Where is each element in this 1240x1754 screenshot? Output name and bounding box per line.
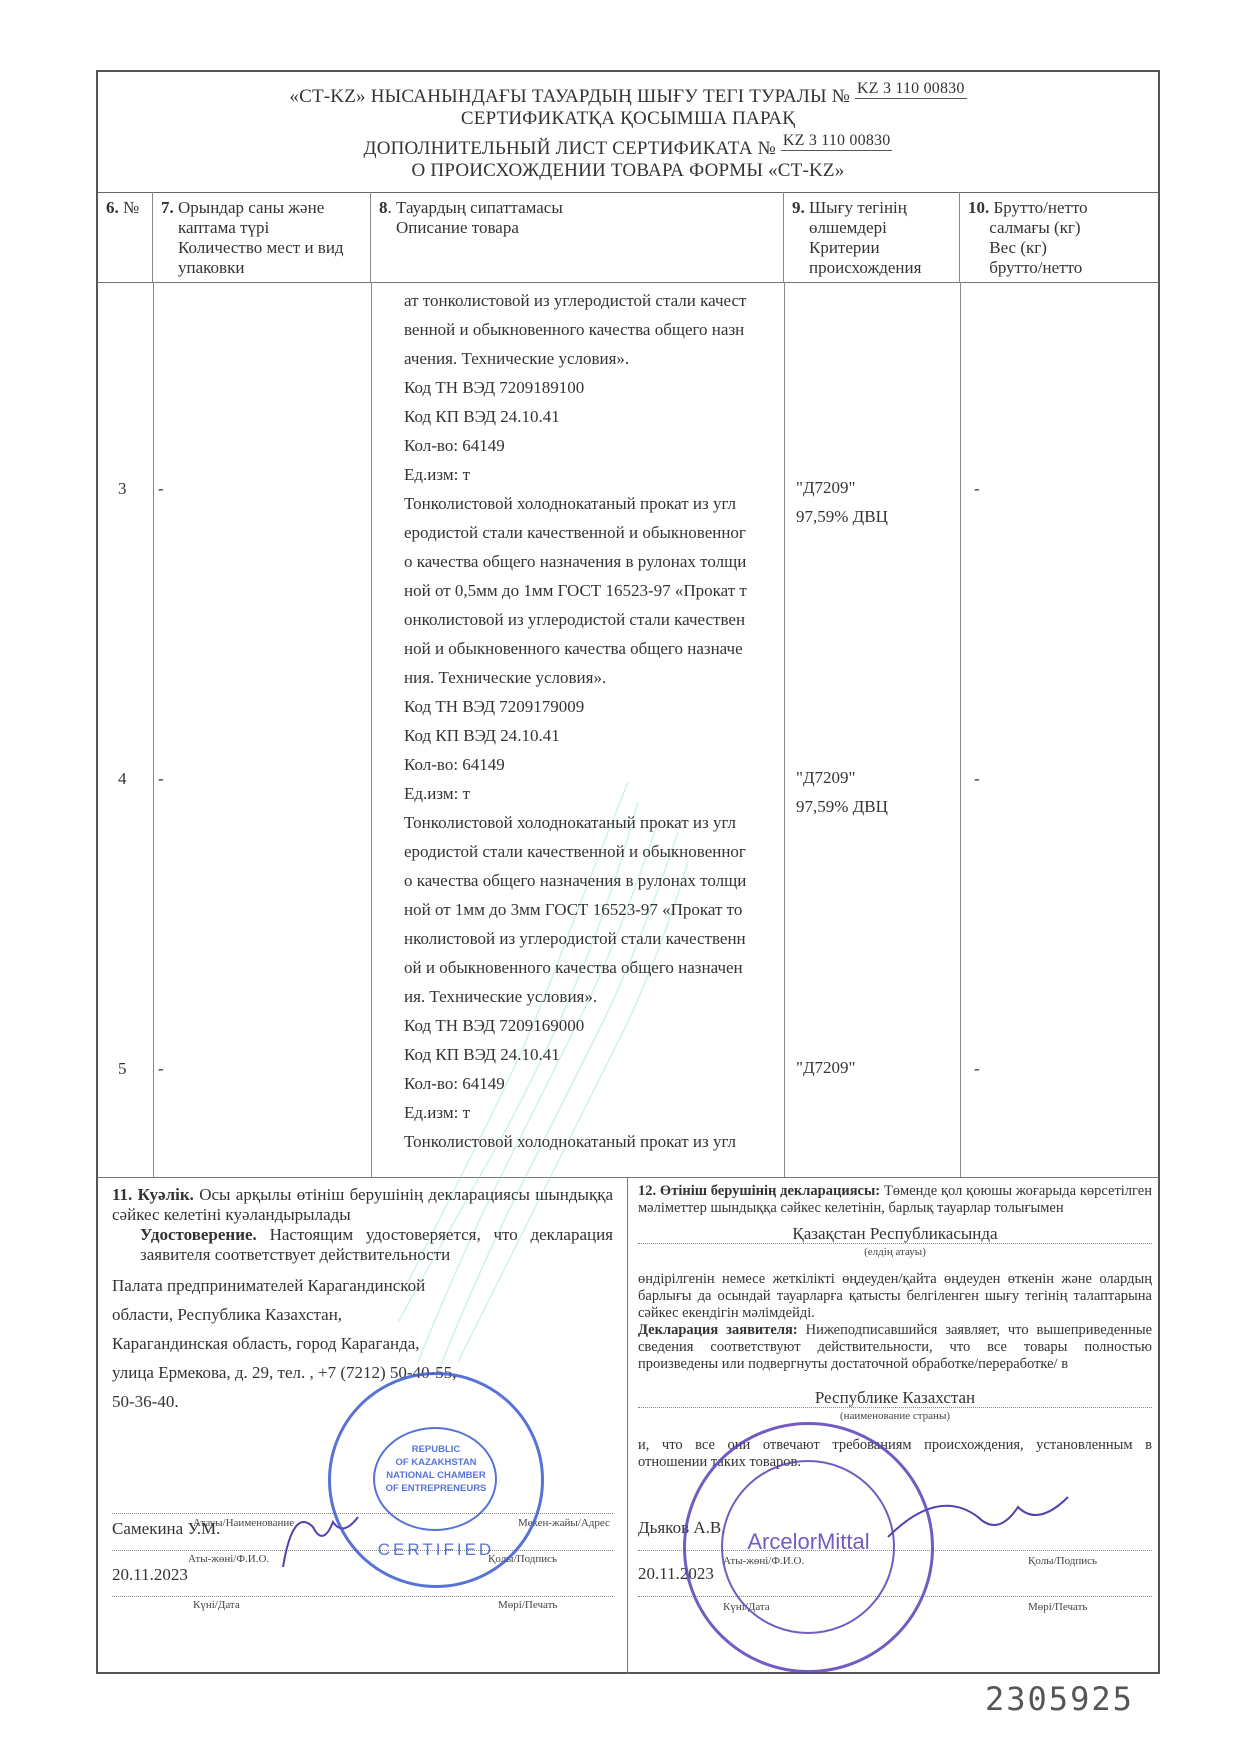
country-kz: Қазақстан Республикасында (638, 1225, 1152, 1242)
company-stamp: ArcelorMittal (683, 1422, 934, 1673)
dotted-line (112, 1595, 613, 1597)
origin-criteria: "Д7209" (796, 1053, 855, 1082)
certificate-number: KZ 3 110 00830 (855, 80, 967, 99)
row-number: 4 (118, 769, 127, 789)
subtitle-kz: СЕРТИФИКАТҚА ҚОСЫМША ПАРАҚ (98, 108, 1158, 130)
declaration-kz-2: өндірілгенін немесе жеткілікті өңдеуден/… (638, 1271, 1152, 1322)
certificate-number-ru: KZ 3 110 00830 (781, 132, 893, 151)
certificate-sheet: «СТ-KZ» НЫСАНЫНДАҒЫ ТАУАРДЫҢ ШЫҒУ ТЕГІ Т… (96, 70, 1160, 1674)
column-divider (960, 282, 961, 1177)
origin-criteria: "Д7209"97,59% ДВЦ (796, 473, 888, 531)
packages-value: - (158, 479, 164, 499)
document-number: 2305925 (985, 1680, 1134, 1718)
row-number: 3 (118, 479, 127, 499)
title-line-ru: ДОПОЛНИТЕЛЬНЫЙ ЛИСТ СЕРТИФИКАТА № KZ 3 1… (98, 138, 1158, 160)
header-col-8: 8. Тауардың сипаттамасы Описание товара (371, 192, 784, 282)
box-12-declaration: 12. Өтініш берушінің декларациясы: Төмен… (628, 1177, 1162, 1674)
box-11-certification: 11. Куәлік. Осы арқылы өтініш берушінің … (98, 1177, 628, 1674)
title-ru-text: ДОПОЛНИТЕЛЬНЫЙ ЛИСТ СЕРТИФИКАТА № (364, 138, 776, 159)
certification-date: 20.11.2023 (112, 1565, 188, 1585)
title-block: «СТ-KZ» НЫСАНЫНДАҒЫ ТАУАРДЫҢ ШЫҒУ ТЕГІ Т… (98, 72, 1158, 193)
header-col-10: 10. Брутто/нетто салмағы (кг) Вес (кг) б… (960, 192, 1160, 282)
certification-kz: 11. Куәлік. Осы арқылы өтініш берушінің … (112, 1185, 613, 1225)
arcelormittal-logo: ArcelorMittal (686, 1533, 931, 1550)
column-divider (153, 282, 154, 1177)
weight-value: - (974, 1059, 980, 1079)
certification-section: 11. Куәлік. Осы арқылы өтініш берушінің … (98, 1177, 1158, 1674)
chamber-address: Палата предпринимателей Карагандинской о… (112, 1271, 613, 1416)
title-line-kz: «СТ-KZ» НЫСАНЫНДАҒЫ ТАУАРДЫҢ ШЫҒУ ТЕГІ Т… (98, 86, 1158, 108)
title-kz-text: «СТ-KZ» НЫСАНЫНДАҒЫ ТАУАРДЫҢ ШЫҒУ ТЕГІ Т… (289, 86, 850, 107)
header-col-6: 6. № (98, 192, 153, 282)
column-divider (371, 282, 372, 1177)
packages-value: - (158, 1059, 164, 1079)
row-number: 5 (118, 1059, 127, 1079)
declaration-kz: 12. Өтініш берушінің декларациясы: Төмен… (638, 1183, 1152, 1217)
table-body: ат тонколистовой из углеродистой стали к… (98, 282, 1158, 1178)
declaration-ru: Декларация заявителя: Нижеподписавшийся … (638, 1322, 1152, 1373)
table-header: 6. № 7. Орындар саны және каптама түрі К… (98, 192, 1158, 283)
origin-criteria: "Д7209"97,59% ДВЦ (796, 763, 888, 821)
weight-value: - (974, 479, 980, 499)
chamber-stamp: REPUBLIC OF KAZAKHSTAN NATIONAL CHAMBER … (328, 1372, 544, 1588)
goods-description: ат тонколистовой из углеродистой стали к… (400, 282, 788, 1160)
subtitle-ru: О ПРОИСХОЖДЕНИИ ТОВАРА ФОРМЫ «СТ-KZ» (98, 160, 1158, 182)
weight-value: - (974, 769, 980, 789)
packages-value: - (158, 769, 164, 789)
certification-ru: Удостоверение. Настоящим удостоверяется,… (112, 1225, 613, 1265)
country-ru: Республике Казахстан (638, 1389, 1152, 1406)
header-col-9: 9. Шығу тегінің өлшемдері Критерии проис… (784, 192, 960, 282)
header-col-7: 7. Орындар саны және каптама түрі Количе… (153, 192, 371, 282)
